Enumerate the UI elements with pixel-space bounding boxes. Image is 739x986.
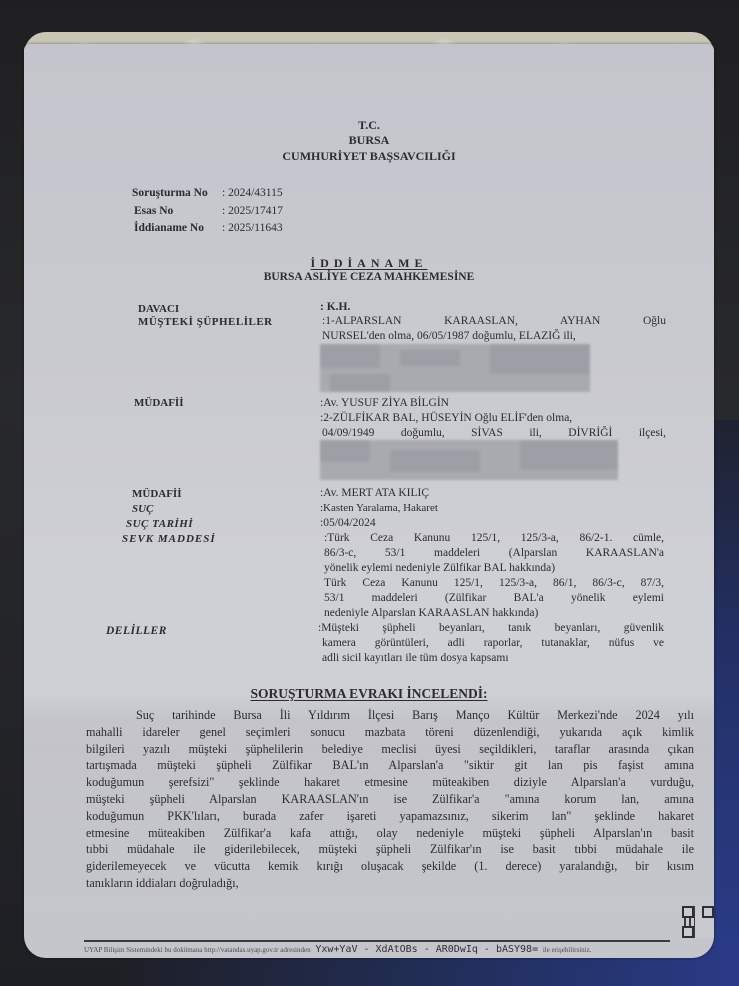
sevk-label: SEVK MADDESİ [122,532,216,546]
suc-tarihi-value: :05/04/2024 [320,516,376,530]
deliller-label: DELİLLER [106,624,167,638]
body-line: müşteki şüpheli Alparslan KARAASLAN'ın i… [86,792,694,806]
mudafii1-value: :Av. YUSUF ZİYA BİLGİN [320,396,449,410]
meta-value-sorusturma: : 2024/43115 [222,186,283,200]
court-name: BURSA ASLİYE CEZA MAHKEMESİNE [24,270,714,284]
footer-suffix: ile erişebilirsiniz. [543,946,592,954]
mudafii2-value: :Av. MERT ATA KILIÇ [320,486,429,500]
section-title: SORUŞTURMA EVRAKI İNCELENDİ: [24,687,714,701]
meta-value-esas: : 2025/17417 [222,204,283,218]
meta-label-sorusturma: Soruşturma No [132,186,208,200]
body-line: tartışmada müşteki şüpheli Zülfikar BAL'… [86,758,694,772]
deliller-line: kamera görüntüleri, adli raporlar, tutan… [322,636,664,650]
sevk-line: 53/1 maddeleri (Zülfikar BAL'a yönelik e… [324,591,664,605]
meta-label-iddianame: İddianame No [134,221,204,235]
body-line: koduğumun şerefsizi" şeklinde hakaret et… [86,775,694,789]
body-line: giderilemeyecek ve vücutta kemik kırığı … [86,859,694,873]
body-line: tanıkların iddiaları doğruladığı, [86,876,239,890]
footer-prefix: UYAP Bilişim Sistemindeki bu dokümana ht… [84,946,311,954]
sevk-line: 86/3-c, 53/1 maddeleri (Alparslan KARAAS… [324,546,664,560]
body-line: bilgileri yazılı müşteki şüphelilerin be… [86,742,694,756]
suspect2-line1: :2-ZÜLFİKAR BAL, HÜSEYİN Oğlu ELİF'den o… [320,411,572,425]
suspect1-line1: :1-ALPARSLAN KARAASLAN, AYHAN Oğlu [322,314,702,328]
suspect2-line2: 04/09/1949 doğumlu, SİVAS ili, DİVRİĞİ i… [322,426,666,440]
deliller-line: :Müşteki şüpheli beyanları, tanık beyanl… [318,621,664,635]
sevk-line: :Türk Ceza Kanunu 125/1, 125/3-a, 86/2-1… [324,531,664,545]
supheliler-label: MÜŞTEKİ ŞÜPHELİLER [138,315,273,329]
header-office: CUMHURİYET BAŞSAVCILIĞI [24,149,714,163]
body-line: etmesine müteakiben Zülfikar'a kafa attı… [86,826,694,840]
suspect1-line2: NURSEL'den olma, 06/05/1987 doğumlu, ELA… [322,329,576,343]
body-line: Suç tarihinde Bursa İli Yıldırım İlçesi … [136,708,694,722]
indictment-document: T.C. BURSA CUMHURİYET BAŞSAVCILIĞI Soruş… [24,44,714,958]
body-line: koduğumun PKK'lıları, burada zafer işare… [86,809,694,823]
davaci-label: DAVACI [138,302,179,316]
sevk-line: Türk Ceza Kanunu 125/1, 125/3-a, 86/1, 8… [324,576,664,590]
body-line: tıbbi müdahale ile giderilebilecek, müşt… [86,842,694,856]
meta-value-iddianame: : 2025/11643 [222,221,283,235]
suc-value: :Kasten Yaralama, Hakaret [320,501,438,515]
mudafii1-label: MÜDAFİİ [134,396,184,410]
sevk-line: nedeniyle Alparslan KARAASLAN hakkında) [324,606,538,620]
sevk-line: yönelik eylemi nedeniyle Zülfikar BAL ha… [324,561,555,575]
body-line: mahalli idareler genel seçimleri sonucu … [86,725,694,739]
qr-code-icon [682,906,714,938]
footer-divider [84,940,670,942]
meta-label-esas: Esas No [134,204,173,218]
deliller-line: adli sicil kayıtları ile tüm dosya kapsa… [322,651,509,665]
mudafii2-label: MÜDAFİİ [132,487,182,501]
document-title: İDDİANAME [24,256,714,270]
davaci-value: : K.H. [320,300,350,314]
footer-verification: UYAP Bilişim Sistemindeki bu dokümana ht… [84,944,591,955]
suc-tarihi-label: SUÇ TARİHİ [126,517,193,531]
suc-label: SUÇ [132,502,153,516]
footer-verification-code: Yxw+YaV - XdAtOBs - AR0DwIq - bASY98= [315,944,538,955]
redacted-block [320,440,618,480]
header-tc: T.C. [24,118,714,132]
redacted-block [320,344,590,392]
header-city: BURSA [24,133,714,147]
